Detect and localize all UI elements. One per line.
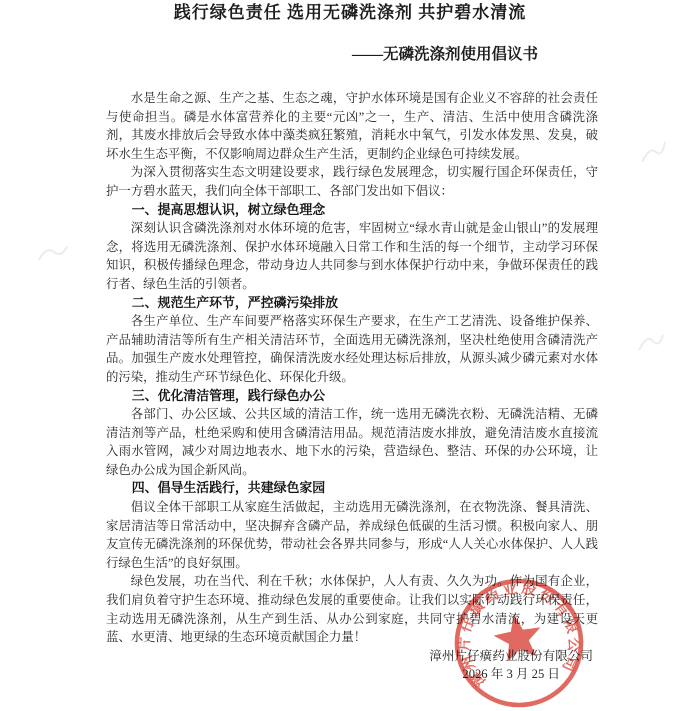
- document-title: 践行绿色责任 选用无磷洗涤剂 共护碧水清流: [0, 0, 700, 23]
- section-2-heading: 二、规范生产环节，严控磷污染排放: [106, 294, 598, 313]
- section-4-heading: 四、倡导生活践行，共建绿色家园: [106, 479, 598, 498]
- section-1-body: 深刻认识含磷洗涤剂对水体环境的危害，牢固树立“绿水青山就是金山银山”的发展理念，…: [106, 219, 598, 293]
- section-3-heading: 三、优化清洁管理，践行绿色办公: [106, 387, 598, 406]
- document-body: 水是生命之源、生产之基、生态之魂，守护水体环境是国有企业义不容辞的社会责任与使命…: [106, 89, 598, 647]
- seal-star-icon: [491, 610, 546, 663]
- scan-smudge-artifact: [638, 136, 668, 168]
- company-seal: 漳州片仔癀药业股份有限公司: [450, 574, 588, 711]
- section-1-heading: 一、提高思想认识，树立绿色理念: [106, 201, 598, 220]
- signature-company: 漳州片仔癀药业股份有限公司: [0, 647, 700, 666]
- intro-paragraph-1: 水是生命之源、生产之基、生态之魂，守护水体环境是国有企业义不容辞的社会责任与使命…: [106, 89, 598, 163]
- signature-date: 2026 年 3 月 25 日: [0, 665, 700, 684]
- section-3-body: 各部门、办公区域、公共区域的清洁工作，统一选用无磷洗衣粉、无磷洗洁精、无磷清洁剂…: [106, 405, 598, 479]
- intro-paragraph-2: 为深入贯彻落实生态文明建设要求，践行绿色发展理念，切实履行国企环保责任，守护一方…: [106, 163, 598, 200]
- section-2-body: 各生产单位、生产车间要严格落实环保生产要求，在生产工艺清洗、设备维护保养、产品辅…: [106, 312, 598, 386]
- proposal-document-page: 践行绿色责任 选用无磷洗涤剂 共护碧水清流 ——无磷洗涤剂使用倡议书 水是生命之…: [0, 0, 700, 711]
- document-subtitle: ——无磷洗涤剂使用倡议书: [0, 45, 700, 65]
- seal-group: 漳州片仔癀药业股份有限公司: [450, 574, 588, 711]
- scan-smudge-artifact: [36, 238, 70, 268]
- section-4-body: 倡议全体干部职工从家庭生活做起，主动选用无磷洗涤剂，在衣物洗涤、餐具清洗、家居清…: [106, 498, 598, 572]
- scan-smudge-artifact: [636, 326, 666, 358]
